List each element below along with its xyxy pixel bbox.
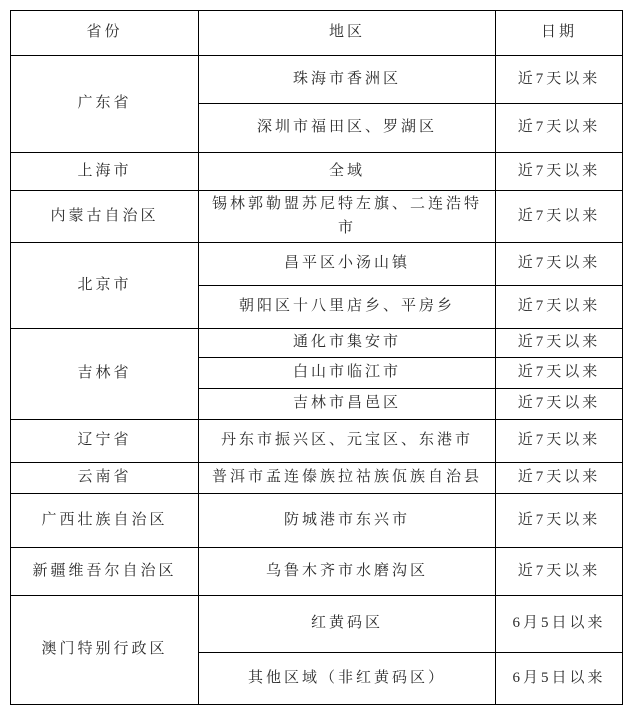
area-cell: 普洱市孟连傣族拉祜族佤族自治县 — [199, 463, 496, 494]
date-cell: 近7天以来 — [496, 389, 623, 420]
header-row: 省份 地区 日期 — [11, 11, 623, 56]
date-cell: 近7天以来 — [496, 494, 623, 548]
date-cell: 6月5日以来 — [496, 596, 623, 653]
date-cell: 近7天以来 — [496, 286, 623, 329]
province-cell: 辽宁省 — [11, 420, 199, 463]
date-cell: 近7天以来 — [496, 358, 623, 389]
province-cell: 上海市 — [11, 153, 199, 191]
area-cell: 乌鲁木齐市水磨沟区 — [199, 548, 496, 596]
area-cell: 防城港市东兴市 — [199, 494, 496, 548]
province-cell: 北京市 — [11, 243, 199, 329]
table-header: 省份 地区 日期 — [11, 11, 623, 56]
table-row: 澳门特别行政区红黄码区6月5日以来 — [11, 596, 623, 653]
area-cell: 丹东市振兴区、元宝区、东港市 — [199, 420, 496, 463]
province-cell: 云南省 — [11, 463, 199, 494]
area-cell: 锡林郭勒盟苏尼特左旗、二连浩特市 — [199, 191, 496, 243]
header-province: 省份 — [11, 11, 199, 56]
area-cell: 深圳市福田区、罗湖区 — [199, 104, 496, 153]
date-cell: 近7天以来 — [496, 243, 623, 286]
table-row: 广东省珠海市香洲区近7天以来 — [11, 56, 623, 104]
date-cell: 近7天以来 — [496, 153, 623, 191]
page: 省份 地区 日期 广东省珠海市香洲区近7天以来深圳市福田区、罗湖区近7天以来上海… — [0, 0, 631, 715]
table-row: 内蒙古自治区锡林郭勒盟苏尼特左旗、二连浩特市近7天以来 — [11, 191, 623, 243]
area-cell: 通化市集安市 — [199, 329, 496, 358]
date-cell: 近7天以来 — [496, 420, 623, 463]
header-area: 地区 — [199, 11, 496, 56]
date-cell: 近7天以来 — [496, 191, 623, 243]
date-cell: 近7天以来 — [496, 548, 623, 596]
province-cell: 广西壮族自治区 — [11, 494, 199, 548]
area-cell: 红黄码区 — [199, 596, 496, 653]
area-cell: 朝阳区十八里店乡、平房乡 — [199, 286, 496, 329]
date-cell: 近7天以来 — [496, 329, 623, 358]
province-cell: 吉林省 — [11, 329, 199, 420]
date-cell: 6月5日以来 — [496, 653, 623, 705]
table-row: 辽宁省丹东市振兴区、元宝区、东港市近7天以来 — [11, 420, 623, 463]
date-cell: 近7天以来 — [496, 56, 623, 104]
header-date: 日期 — [496, 11, 623, 56]
area-cell: 全域 — [199, 153, 496, 191]
table-row: 北京市昌平区小汤山镇近7天以来 — [11, 243, 623, 286]
area-cell: 珠海市香洲区 — [199, 56, 496, 104]
province-cell: 内蒙古自治区 — [11, 191, 199, 243]
table-row: 吉林省通化市集安市近7天以来 — [11, 329, 623, 358]
risk-area-table: 省份 地区 日期 广东省珠海市香洲区近7天以来深圳市福田区、罗湖区近7天以来上海… — [10, 10, 623, 705]
area-cell: 昌平区小汤山镇 — [199, 243, 496, 286]
table-row: 上海市全域近7天以来 — [11, 153, 623, 191]
area-cell: 白山市临江市 — [199, 358, 496, 389]
date-cell: 近7天以来 — [496, 463, 623, 494]
area-cell: 吉林市昌邑区 — [199, 389, 496, 420]
table-row: 云南省普洱市孟连傣族拉祜族佤族自治县近7天以来 — [11, 463, 623, 494]
table-body: 广东省珠海市香洲区近7天以来深圳市福田区、罗湖区近7天以来上海市全域近7天以来内… — [11, 56, 623, 705]
province-cell: 新疆维吾尔自治区 — [11, 548, 199, 596]
table-row: 广西壮族自治区防城港市东兴市近7天以来 — [11, 494, 623, 548]
province-cell: 澳门特别行政区 — [11, 596, 199, 705]
area-cell: 其他区域（非红黄码区） — [199, 653, 496, 705]
table-row: 新疆维吾尔自治区乌鲁木齐市水磨沟区近7天以来 — [11, 548, 623, 596]
province-cell: 广东省 — [11, 56, 199, 153]
date-cell: 近7天以来 — [496, 104, 623, 153]
